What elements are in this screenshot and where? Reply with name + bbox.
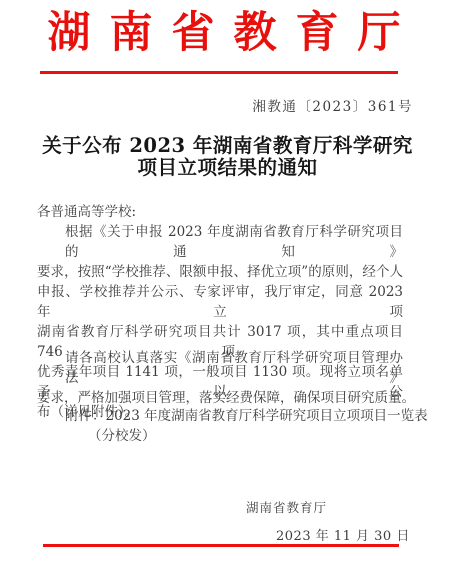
signature-agency: 湖南省教育厅 [246, 498, 327, 516]
signature-date: 2023 年 11 月 30 日 [276, 525, 410, 544]
attachment-line1: 附件：2023 年度湖南省教育厅科学研究项目立项项目一览表 [37, 406, 427, 426]
attachment-line2: （分校发） [37, 426, 427, 446]
body-paragraph-2: 请各高校认真落实《湖南省教育厅科学研究项目管理办法》 要求，严格加强项目管理，落… [37, 348, 403, 408]
notice-title: 关于公布 2023 年湖南省教育厅科学研究 项目立项结果的通知 [0, 135, 455, 179]
body-line: 要求，严格加强项目管理，落实经费保障，确保项目研究质量。 [37, 388, 403, 408]
salutation: 各普通高等学校: [37, 202, 417, 222]
notice-document: 湖南省教育厅 湘教通〔2023〕361号 关于公布 2023 年湖南省教育厅科学… [0, 0, 455, 568]
document-number: 湘教通〔2023〕361号 [252, 95, 413, 115]
notice-title-line2: 项目立项结果的通知 [0, 157, 455, 179]
letterhead-agency-title: 湖南省教育厅 [0, 8, 455, 58]
body-line: 申报、学校推荐并公示、专家评审，我厅审定，同意 2023 年立项 [37, 282, 403, 322]
notice-title-line1: 关于公布 2023 年湖南省教育厅科学研究 [0, 135, 455, 157]
letterhead-divider-rule [40, 71, 398, 74]
body-line: 请各高校认真落实《湖南省教育厅科学研究项目管理办法》 [37, 348, 403, 388]
attachment-note: 附件：2023 年度湖南省教育厅科学研究项目立项项目一览表 （分校发） [37, 406, 427, 446]
footer-divider-rule [43, 544, 399, 547]
body-line: 根据《关于申报 2023 年度湖南省教育厅科学研究项目的通知》 [37, 222, 403, 262]
body-line: 要求，按照“学校推荐、限额申报、择优立项”的原则，经个人 [37, 262, 403, 282]
